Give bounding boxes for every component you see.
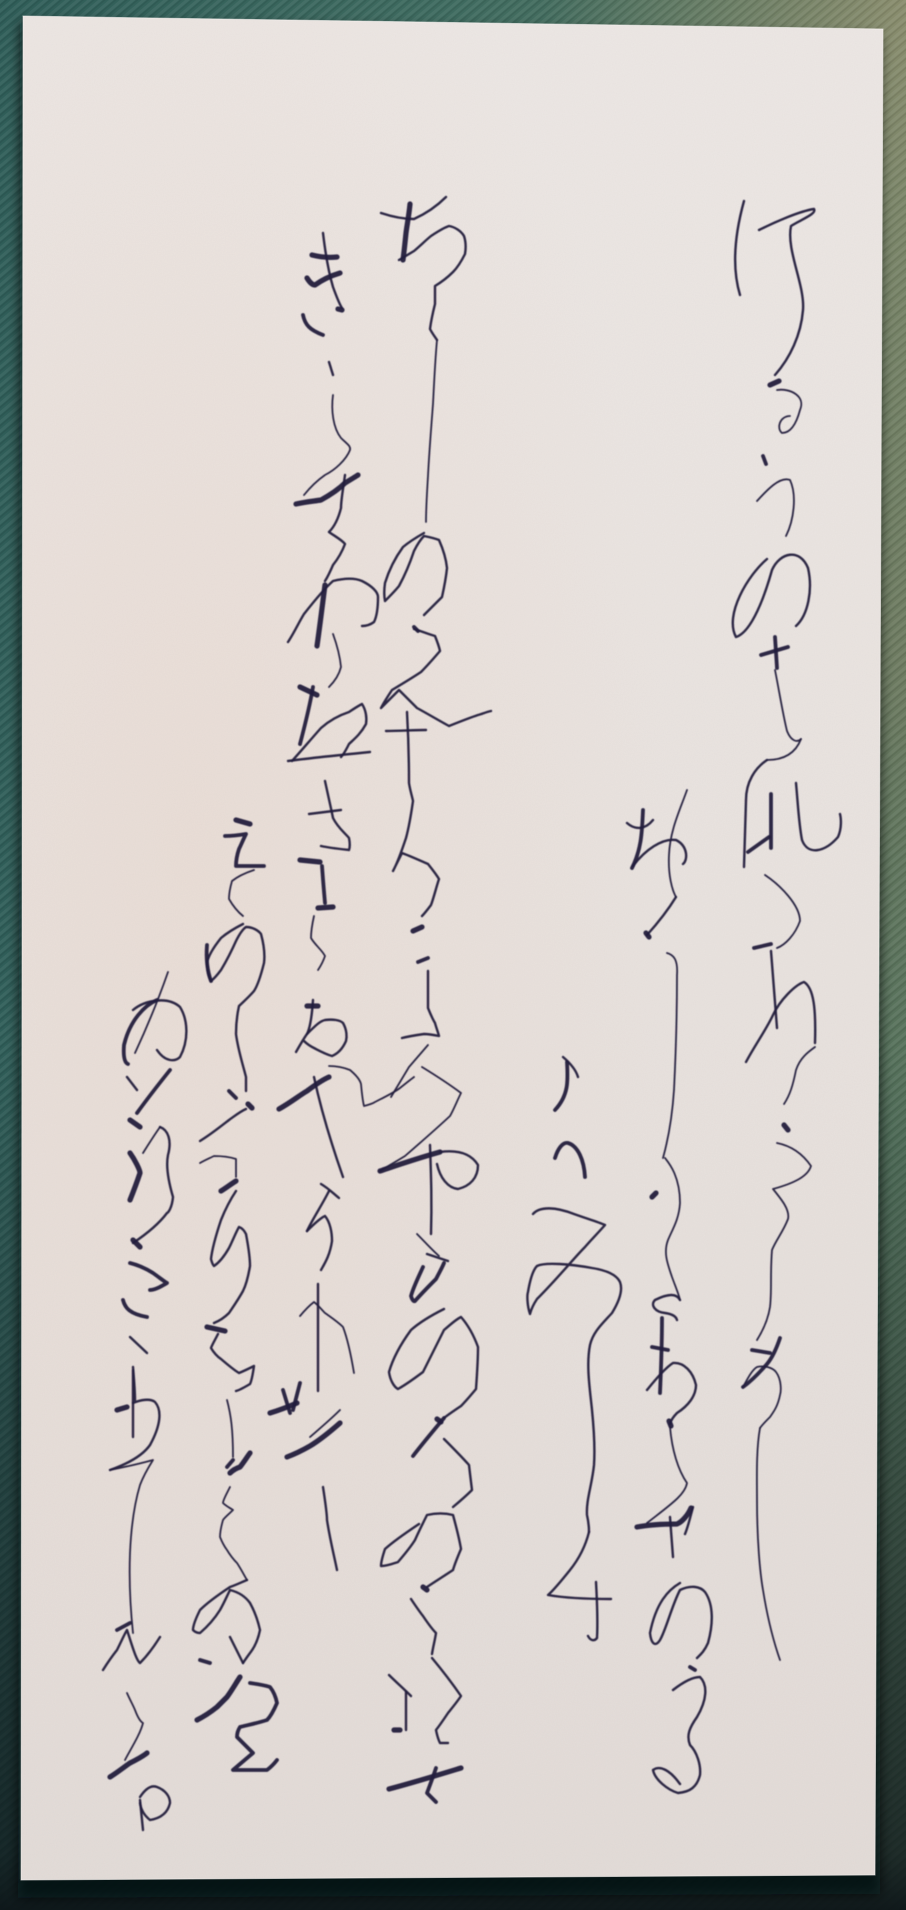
calligraphy-photo: Photograph of Japanese cursive kana call… — [0, 0, 906, 1910]
photo-canvas — [0, 0, 906, 1910]
